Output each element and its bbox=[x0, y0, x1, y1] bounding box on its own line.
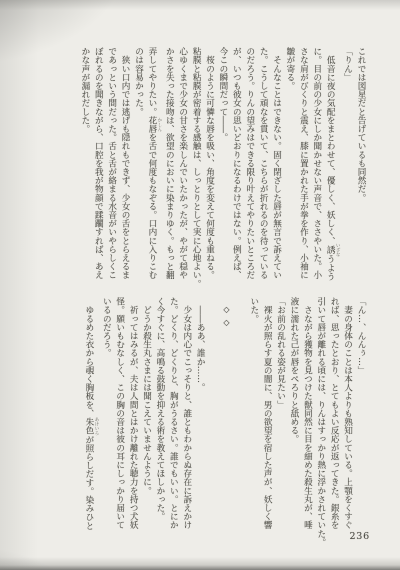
scene-break: ◇◇ bbox=[220, 297, 233, 561]
text-line: であっという間だった。舌と舌が絡まる水音がいやらしくこ bbox=[104, 47, 117, 303]
text-line: ――ああ、誰か……。 bbox=[193, 297, 206, 553]
text-band-bottom: 「ん…、んんぅ…」 妻の身体のことは本人よりも熟知している。上顎をくすぐれば、思… bbox=[82, 297, 368, 540]
text-line: ゆるめた衣から覗く胸板を、朱色あけいろが照らしだす。染みひと bbox=[82, 297, 99, 553]
page-number: 236 bbox=[349, 531, 370, 542]
text-line: のは容易かった。 bbox=[131, 47, 144, 303]
text-line: 「お前の乱れる姿が見たい」 bbox=[273, 297, 286, 553]
text-line: 引いて唇が離れる頃には、りんはすっかり熱に浮かされていた。 bbox=[313, 297, 326, 553]
text-line: 裸火が照らす夏の闇に、男の欲望を宿した声が、妖しく響 bbox=[260, 297, 273, 553]
text-line: いるのだろう。 bbox=[99, 297, 112, 553]
text-line: さな肩がびくりと震え、膝に置かれた手が拳を作り、小袖に bbox=[296, 47, 309, 303]
text-line: 「りん」 bbox=[340, 47, 353, 303]
text-line: れば、思ったとおり、とてもよい反応が返ってきた。銀糸を bbox=[327, 297, 340, 553]
text-line: 少女は内心でこっそりと、誰ともわからぬ存在に訴えかけ bbox=[179, 297, 192, 553]
text-line: ぼれるのを聞きながら、口腔を我が物顔で蹂躙すれば、あえ bbox=[91, 47, 104, 303]
text-line: が、いつも彼女の思いどおりになるわけではない。例えば、 bbox=[229, 47, 242, 303]
text-line: く今すぐに、高鳴る鼓動を抑える術を教えてほしかった。 bbox=[153, 297, 166, 553]
text-line: 心ゆくまで少女の甘さを楽しんでいたかったが、やがて穏や bbox=[175, 47, 188, 303]
text-band-top: これでは図星だと告げているも同然だ。「りん」 低音に夜の気配をまとわせて、優しく… bbox=[77, 47, 367, 290]
ruby-annotated-word: 朱色あけいろ bbox=[84, 417, 94, 435]
text-line: 狭い口内では逃げも隠れもできず、少女の舌をとらえるま bbox=[118, 47, 131, 303]
diamond-icon: ◇ bbox=[222, 305, 231, 314]
text-line: これでは図星だと告げているも同然だ。 bbox=[354, 47, 367, 303]
text-line: 妻の身体のことは本人よりも熟知している。上顎をくすぐ bbox=[340, 297, 353, 553]
text-line: 怪。願いもむなしく、この胸の音は彼の耳にしっかり届いて bbox=[112, 297, 125, 553]
text-line: いた。 bbox=[246, 297, 259, 553]
text-line: 「ん…、んんぅ…」 bbox=[354, 297, 367, 553]
ruby-annotated-word: 誘いざな bbox=[325, 245, 335, 255]
text-line: そんなことはできない。固く閉ざした唇が無言で訴えてい bbox=[269, 47, 282, 303]
text-line: さながら獲物を見つけた獣同然に目を細めた殺生丸が、唾 bbox=[300, 297, 313, 553]
text-line: 皺が寄る。 bbox=[283, 47, 296, 303]
text-line: 今この瞬間だって――。 bbox=[216, 47, 229, 303]
text-line: 液に濡れた己が唇をぺろりと舐める。 bbox=[287, 297, 300, 553]
text-line: かな声が漏れだした。 bbox=[77, 47, 90, 303]
ruby-annotated-word: 花唇かしん bbox=[147, 116, 157, 133]
text-line: 低音に夜の気配をまとわせて、優しく、妖しく、誘いざなうよう bbox=[323, 47, 340, 303]
text-line: かさを失った接吻は、欲望のにおいに染まりゆく。もっと翻 bbox=[162, 47, 175, 303]
text-line: 粘膜と粘膜が密着する感触は、しっとりとして実に心地よい。 bbox=[189, 47, 202, 303]
text-line: に。目の前の少女にしか聞かせない声音で、ささやいた。小 bbox=[309, 47, 322, 303]
text-line: た。どくり、どくりと、胸がうるさい。誰でもいい。とにか bbox=[166, 297, 179, 553]
text-line: のだろう。りんの望みはできる限り叶えてやりたいところだ bbox=[242, 47, 255, 303]
text-line: 弄してやりたい。花唇かしんを舌で何度もなぞる。口内に入りこむ bbox=[145, 47, 162, 303]
text-line: 祈ってはみるが、夫は人間とはかけ離れた聴力を持つ犬妖 bbox=[126, 297, 139, 553]
text-line: 桜のように可憐な唇を吸い、角度を変えて何度も重ねる。 bbox=[202, 47, 215, 303]
diamond-icon: ◇ bbox=[222, 318, 231, 327]
text-line: どうか殺生丸さまには聞こえていませんように。 bbox=[139, 297, 152, 553]
text-line: た。こうして頑なを貫いて、こちらが折れるのを待っている bbox=[256, 47, 269, 303]
